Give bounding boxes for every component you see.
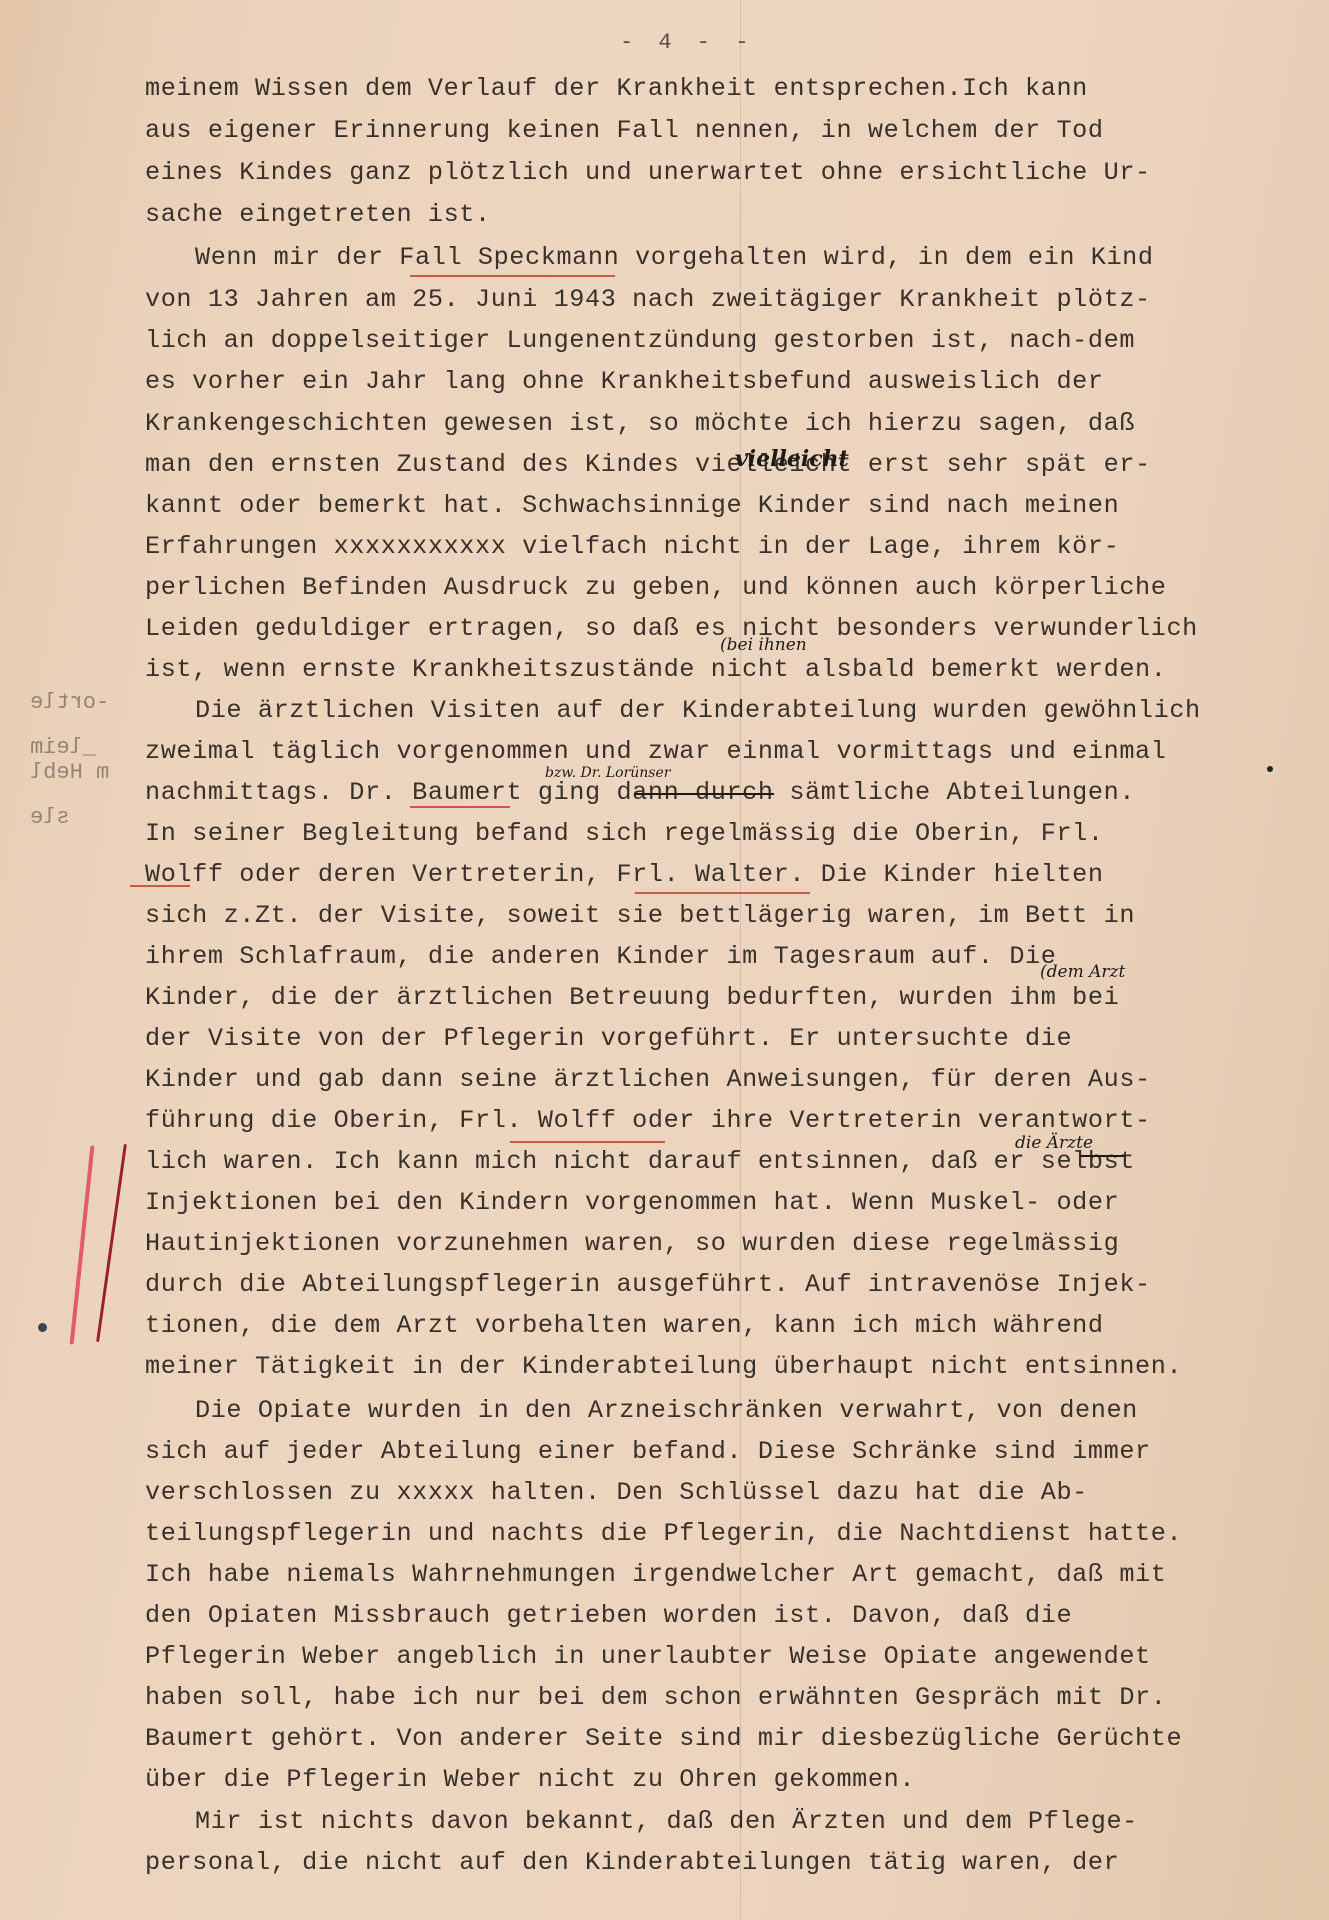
strikethrough-er	[1080, 1155, 1125, 1157]
text-line: den Opiaten Missbrauch getrieben worden …	[145, 1601, 1072, 1631]
handwritten-bzw-dr: bzw. Dr. Lorünser	[545, 765, 670, 781]
paragraph-start: Die ärztlichen Visiten auf der Kinderabt…	[195, 696, 1201, 726]
paragraph-start: Wenn mir der Fall Speckmann vorgehalten …	[195, 243, 1154, 273]
text-line: Krankengeschichten gewesen ist, so möcht…	[145, 409, 1135, 439]
strikethrough-ging-dann	[634, 793, 774, 795]
text-line: haben soll, habe ich nur bei dem schon e…	[145, 1683, 1166, 1713]
red-underline-baumert	[410, 806, 510, 808]
text-line: über die Pflegerin Weber nicht zu Ohren …	[145, 1765, 915, 1795]
text-line: meinem Wissen dem Verlauf der Krankheit …	[145, 74, 1088, 104]
text-line: meiner Tätigkeit in der Kinderabteilung …	[145, 1352, 1182, 1382]
document-page: - 4 - - -ortle _leim m Hebl sle meinem W…	[0, 0, 1329, 1920]
text-line: zweimal täglich vorgenommen und zwar ein…	[145, 737, 1166, 767]
red-underline-walter	[635, 892, 810, 894]
text-line: Leiden geduldiger ertragen, so daß es ni…	[145, 614, 1198, 644]
text-line: führung die Oberin, Frl. Wolff oder ihre…	[145, 1106, 1151, 1136]
text-line: personal, die nicht auf den Kinderabteil…	[145, 1848, 1119, 1878]
red-underline-wolff-2	[510, 1141, 665, 1143]
text-line: Hautinjektionen vorzunehmen waren, so wu…	[145, 1229, 1119, 1259]
margin-red-pen-line	[96, 1144, 127, 1342]
red-underline-fall-speckmann	[410, 275, 615, 277]
handwritten-die-aerzte: die Ärzte	[1015, 1133, 1093, 1153]
text-line: In seiner Begleitung befand sich regelmä…	[145, 819, 1104, 849]
margin-bleed-text: m Hebl	[30, 760, 109, 785]
text-line: Wolff oder deren Vertreterin, Frl. Walte…	[145, 860, 1104, 890]
text-line: perlichen Befinden Ausdruck zu geben, un…	[145, 573, 1166, 603]
text-line: teilungspflegerin und nachts die Pfleger…	[145, 1519, 1182, 1549]
margin-dot	[38, 1323, 47, 1332]
text-line: verschlossen zu xxxxx halten. Den Schlüs…	[145, 1478, 1088, 1508]
text-line: Injektionen bei den Kindern vorgenommen …	[145, 1188, 1119, 1218]
text-line: der Visite von der Pflegerin vorgeführt.…	[145, 1024, 1072, 1054]
text-line: aus eigener Erinnerung keinen Fall nenne…	[145, 116, 1104, 146]
text-line: lich waren. Ich kann mich nicht darauf e…	[145, 1147, 1135, 1177]
text-line: Ich habe niemals Wahrnehmungen irgendwel…	[145, 1560, 1166, 1590]
text-line: ist, wenn ernste Krankheitszustände nich…	[145, 655, 1166, 685]
text-line: tionen, die dem Arzt vorbehalten waren, …	[145, 1311, 1104, 1341]
text-line: lich an doppelseitiger Lungenentzündung …	[145, 326, 1135, 356]
handwritten-bei-ihnen: (bei ihnen	[720, 635, 807, 655]
margin-dot	[1267, 766, 1273, 772]
paragraph-start: Die Opiate wurden in den Arzneischränken…	[195, 1396, 1138, 1426]
margin-bleed-text: -ortle	[30, 690, 109, 715]
red-underline-wolff	[130, 885, 190, 887]
text-line: Kinder, die der ärztlichen Betreuung bed…	[145, 983, 1119, 1013]
margin-bleed-text: _leim	[30, 735, 96, 760]
text-line: sich z.Zt. der Visite, soweit sie bettlä…	[145, 901, 1135, 931]
handwritten-dem-arzt: (dem Arzt	[1040, 962, 1125, 982]
text-line: ihrem Schlafraum, die anderen Kinder im …	[145, 942, 1056, 972]
text-line: sich auf jeder Abteilung einer befand. D…	[145, 1437, 1151, 1467]
text-line: Erfahrungen xxxxxxxxxxx vielfach nicht i…	[145, 532, 1119, 562]
text-line: Pflegerin Weber angeblich in unerlaubter…	[145, 1642, 1151, 1672]
text-line: eines Kindes ganz plötzlich und unerwart…	[145, 158, 1151, 188]
handwritten-vielleicht: vielleicht	[735, 446, 849, 472]
text-line: es vorher ein Jahr lang ohne Krankheitsb…	[145, 367, 1104, 397]
paragraph-start: Mir ist nichts davon bekannt, daß den Är…	[195, 1807, 1138, 1837]
text-line: durch die Abteilungspflegerin ausgeführt…	[145, 1270, 1151, 1300]
text-line: sache eingetreten ist.	[145, 200, 491, 230]
text-line: Baumert gehört. Von anderer Seite sind m…	[145, 1724, 1182, 1754]
text-line: Kinder und gab dann seine ärztlichen Anw…	[145, 1065, 1151, 1095]
margin-bleed-text: sle	[30, 805, 70, 830]
text-line: kannt oder bemerkt hat. Schwachsinnige K…	[145, 491, 1119, 521]
text-line: von 13 Jahren am 25. Juni 1943 nach zwei…	[145, 285, 1151, 315]
text-line: man den ernsten Zustand des Kindes viell…	[145, 450, 1151, 480]
page-number: - 4 - -	[620, 30, 754, 55]
margin-red-pencil-line	[70, 1145, 95, 1344]
